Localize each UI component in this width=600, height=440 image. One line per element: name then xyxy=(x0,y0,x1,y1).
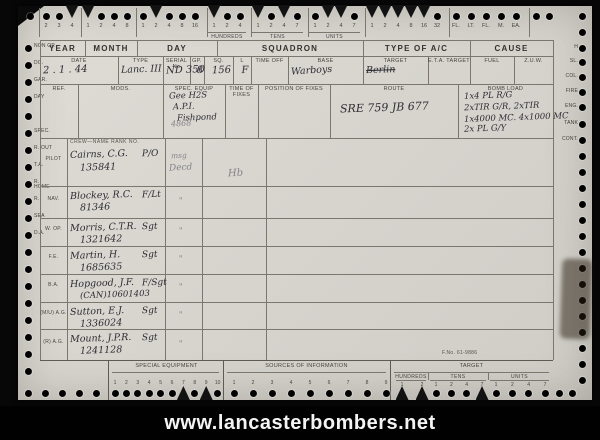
crew-rank: Sgt xyxy=(142,333,158,345)
punch-hole xyxy=(76,390,83,397)
form-number: F.No. 61-9886 xyxy=(442,350,477,356)
crew-number: 1241128 xyxy=(80,344,123,356)
punch-label: M. xyxy=(494,23,508,29)
punch-hole xyxy=(312,13,319,20)
grid-line xyxy=(227,372,386,373)
punch-label: 7 xyxy=(290,23,304,29)
punch-hole xyxy=(192,13,199,20)
crew-role: F.E. xyxy=(40,254,67,260)
punch-hole xyxy=(463,390,470,397)
tape-smudge xyxy=(560,259,593,340)
grid-line xyxy=(458,84,459,138)
header-cause: CAUSE xyxy=(470,44,553,53)
punch-label: 2 xyxy=(220,23,234,29)
punch-hole xyxy=(326,390,333,397)
punch-label: 1 xyxy=(81,23,95,29)
crew-name: Blockey, R.C. xyxy=(70,189,133,202)
punch-notch xyxy=(208,5,221,18)
pencil-note: 4868 xyxy=(171,118,192,128)
punch-label: 2 xyxy=(39,23,53,29)
punch-label: 4 xyxy=(277,23,291,29)
punch-label: 7 xyxy=(538,382,552,388)
punch-hole xyxy=(56,13,63,20)
field-label: POSITION OF FIXES xyxy=(258,86,330,92)
punch-hole xyxy=(364,390,371,397)
punch-label: 2 xyxy=(149,23,163,29)
grid-line xyxy=(529,8,530,37)
grid-line xyxy=(553,138,554,360)
grid-line xyxy=(330,84,331,138)
punch-hole xyxy=(237,13,244,20)
punch-label: 4 xyxy=(65,23,79,29)
punch-hole xyxy=(25,62,32,69)
pencil-note: " xyxy=(179,309,183,318)
punch-hole xyxy=(25,390,32,397)
grid-line xyxy=(40,360,553,361)
side-label-left: R. HOME xyxy=(34,180,56,190)
punch-hole xyxy=(269,390,276,397)
punch-hole xyxy=(546,13,553,20)
punch-hole xyxy=(533,13,540,20)
grid-line xyxy=(394,372,549,373)
field-label: L xyxy=(233,58,251,64)
punch-label: 4 xyxy=(460,382,474,388)
section-title-special-equipment: SPECIAL EQUIPMENT xyxy=(110,363,223,369)
grid-line xyxy=(490,380,549,381)
section-title-sources: SOURCES OF INFORMATION xyxy=(225,363,388,369)
punch-hole xyxy=(448,390,455,397)
punch-notch xyxy=(418,5,431,18)
raf-loss-record-card: 2341248124816124HUNDREDS1247TENS1247UNIT… xyxy=(18,6,592,400)
punch-label: 7 xyxy=(347,23,361,29)
punch-hole xyxy=(112,390,119,397)
field-label: GP. xyxy=(190,58,204,64)
punch-hole xyxy=(579,89,586,96)
field-label: SQ. xyxy=(204,58,233,64)
punch-hole xyxy=(25,130,32,137)
crew-rank: Sgt xyxy=(142,222,158,234)
punch-label: 1 xyxy=(227,380,241,386)
pencil-note: " xyxy=(179,226,183,235)
punch-label: FL. xyxy=(479,23,493,29)
punch-hole xyxy=(579,169,586,176)
crew-role: B.A. xyxy=(40,282,67,288)
field-value: 2x PL G/Y xyxy=(464,123,507,135)
punch-label: 4 xyxy=(522,382,536,388)
punch-hole xyxy=(123,390,130,397)
field-value: Lanc. III xyxy=(121,63,166,76)
grid-line xyxy=(40,84,553,85)
punch-label: 4 xyxy=(233,23,247,29)
punch-hole xyxy=(288,390,295,397)
pencil-note: Hb xyxy=(228,168,244,180)
punch-hole xyxy=(433,390,440,397)
field-label: REF. xyxy=(40,86,78,92)
grid-line xyxy=(488,372,489,380)
watermark-bar: www.lancasterbombers.net xyxy=(0,406,600,440)
punch-hole xyxy=(146,390,153,397)
punch-hole xyxy=(579,74,586,81)
punch-hole xyxy=(579,249,586,256)
punch-label: 1 xyxy=(429,382,443,388)
grid-line xyxy=(40,84,41,138)
punch-hole xyxy=(25,147,32,154)
crew-name: Mount, J.P.R. xyxy=(70,332,132,345)
punch-hole xyxy=(98,13,105,20)
header-day: DAY xyxy=(137,44,217,53)
punch-hole xyxy=(579,233,586,240)
punch-notch xyxy=(82,5,95,18)
punch-hole xyxy=(498,13,505,20)
side-label-right: COL. xyxy=(554,74,578,79)
punch-hole xyxy=(569,390,576,397)
punch-hole xyxy=(542,390,549,397)
grid-line xyxy=(40,274,553,275)
punch-hole xyxy=(513,13,520,20)
punch-label: 4 xyxy=(334,23,348,29)
punch-hole xyxy=(25,317,32,324)
grid-line xyxy=(202,138,203,360)
punch-hole xyxy=(25,300,32,307)
field-label: E.T.A. TARGET xyxy=(428,58,470,64)
grid-line xyxy=(266,138,267,360)
punch-hole xyxy=(579,104,586,111)
side-label-left: SPEC. xyxy=(34,129,56,134)
grid-line xyxy=(112,372,219,373)
punch-notch xyxy=(278,5,291,18)
punch-hole xyxy=(25,266,32,273)
punch-hole xyxy=(214,390,221,397)
grid-line xyxy=(309,32,360,33)
field-value: A.P.I. xyxy=(173,102,195,114)
grid-line xyxy=(40,186,553,187)
punch-hole xyxy=(111,13,118,20)
section-title-target: TARGET xyxy=(392,363,551,369)
punch-label: 1 xyxy=(489,382,503,388)
grid-line xyxy=(428,372,429,380)
punch-hole xyxy=(579,29,586,36)
punch-notch xyxy=(392,5,405,18)
punch-hole xyxy=(25,113,32,120)
side-label-right: CONT. xyxy=(554,137,578,142)
field-value: SRE 759 JB 677 xyxy=(340,100,429,114)
field-label: TIME OF FIXES xyxy=(225,86,258,98)
field-value: ND 350 xyxy=(166,65,193,77)
crew-name: Cairns, C.G. xyxy=(70,148,128,161)
punch-label: FL. xyxy=(449,23,463,29)
punch-hole xyxy=(25,351,32,358)
punch-label: EA. xyxy=(509,23,523,29)
punch-label: LT. xyxy=(464,23,478,29)
punch-hole xyxy=(509,390,516,397)
crew-rank: F/Lt xyxy=(142,190,161,202)
grid-line xyxy=(258,84,259,138)
punch-hole xyxy=(25,181,32,188)
punch-hole xyxy=(579,361,586,368)
punch-label: 1 xyxy=(136,23,150,29)
punch-notch xyxy=(200,386,213,400)
side-label-right: ENG. xyxy=(554,104,578,109)
side-label-right: SL. xyxy=(554,59,578,64)
punch-label: 2 xyxy=(264,23,278,29)
crew-number: (CAN)10601403 xyxy=(80,289,150,302)
crew-number: 135841 xyxy=(80,161,117,173)
punch-notch xyxy=(322,5,335,18)
crew-rank: Sgt xyxy=(142,306,158,318)
punch-label: 2 xyxy=(378,23,392,29)
punch-label: 1 xyxy=(308,23,322,29)
punch-notch xyxy=(476,386,489,400)
punch-label: 4 xyxy=(107,23,121,29)
punch-hole xyxy=(25,164,32,171)
punch-hole xyxy=(345,390,352,397)
punch-hole xyxy=(25,45,32,52)
punch-hole xyxy=(25,79,32,86)
punch-label: 4 xyxy=(284,380,298,386)
crew-name: Hopgood, J.F. xyxy=(70,277,134,290)
punch-notch xyxy=(177,386,190,400)
punch-notch xyxy=(405,5,418,18)
punch-hole xyxy=(42,390,49,397)
header-squadron: SQUADRON xyxy=(217,44,363,53)
punch-hole xyxy=(25,334,32,341)
punch-hole xyxy=(525,390,532,397)
punch-label: 2 xyxy=(321,23,335,29)
punch-hole xyxy=(169,390,176,397)
side-label-left: T.A. xyxy=(34,163,56,168)
grid-line xyxy=(40,302,553,303)
crew-name: Sutton, E.J. xyxy=(70,305,125,318)
punch-hole xyxy=(294,13,301,20)
punch-hole xyxy=(93,390,100,397)
punch-label: 8 xyxy=(175,23,189,29)
crew-rank: F/Sgt xyxy=(142,278,167,290)
punch-hole xyxy=(307,390,314,397)
punch-hole xyxy=(579,45,586,52)
punch-hole xyxy=(59,390,66,397)
punch-label: 3 xyxy=(52,23,66,29)
punch-hole xyxy=(579,345,586,352)
punch-hole xyxy=(579,153,586,160)
grid-line xyxy=(40,138,41,360)
punch-hole xyxy=(453,13,460,20)
field-label: TIME OFF xyxy=(251,58,288,64)
pencil-note: " xyxy=(179,196,183,205)
punch-label: 1 xyxy=(365,23,379,29)
punch-label: 2 xyxy=(246,380,260,386)
grid-line xyxy=(553,40,554,56)
punch-hole xyxy=(468,13,475,20)
punch-hole xyxy=(25,96,32,103)
punch-hole xyxy=(25,249,32,256)
field-label: MODS. xyxy=(78,86,163,92)
punch-hole xyxy=(224,13,231,20)
grid-line xyxy=(430,380,486,381)
punch-notch xyxy=(416,386,429,400)
punch-hole xyxy=(434,13,441,20)
punch-hole xyxy=(483,13,490,20)
punch-hole xyxy=(157,390,164,397)
punch-notch xyxy=(366,5,379,18)
punch-hole xyxy=(383,390,390,397)
crew-role: W. OP. xyxy=(40,226,67,232)
grid-line xyxy=(163,84,164,138)
field-value: Berlin xyxy=(366,63,431,76)
field-value: 8 xyxy=(193,65,207,76)
grid-line xyxy=(40,40,553,41)
punch-hole xyxy=(25,283,32,290)
header-type_of_ac: TYPE OF A/C xyxy=(363,44,470,53)
grid-line xyxy=(40,56,553,57)
crew-table-header: CREW—NAME RANK NO. xyxy=(70,139,139,145)
punch-label: 2 xyxy=(444,382,458,388)
side-label-left: GAR. xyxy=(34,78,56,83)
punch-notch xyxy=(396,386,409,400)
punch-notch xyxy=(66,5,79,18)
crew-rank: Sgt xyxy=(142,250,158,262)
punch-label: 1 xyxy=(207,23,221,29)
field-value: F xyxy=(236,65,254,77)
punch-label: 3 xyxy=(265,380,279,386)
punch-label: 1 xyxy=(251,23,265,29)
grid-line xyxy=(396,380,426,381)
grid-line xyxy=(78,84,79,138)
punch-hole xyxy=(43,13,50,20)
punch-hole xyxy=(191,390,198,397)
punch-label: 16 xyxy=(188,23,202,29)
punch-label: 2 xyxy=(94,23,108,29)
punch-hole xyxy=(250,390,257,397)
punch-hole xyxy=(25,232,32,239)
punch-label: 8 xyxy=(360,380,374,386)
crew-number: 1336024 xyxy=(80,317,123,329)
punch-label: 4 xyxy=(162,23,176,29)
punch-hole xyxy=(556,390,563,397)
crew-rank: P/O xyxy=(142,149,159,161)
scanned-record-card-photo: 2341248124816124HUNDREDS1247TENS1247UNIT… xyxy=(0,0,600,440)
side-label-left: R. OUT xyxy=(34,146,56,151)
punch-label: 10 xyxy=(211,380,225,386)
grid-line xyxy=(208,32,246,33)
punch-hole xyxy=(579,13,586,20)
side-label-left: DAY xyxy=(34,95,56,100)
punch-hole xyxy=(579,201,586,208)
grid-line xyxy=(252,32,303,33)
punch-hole xyxy=(25,215,32,222)
punch-notch xyxy=(252,5,265,18)
punch-hole xyxy=(579,137,586,144)
punch-label: 7 xyxy=(341,380,355,386)
punch-hole xyxy=(134,390,141,397)
punch-label: 4 xyxy=(391,23,405,29)
field-value: 156 xyxy=(207,64,236,76)
crew-role: (R) A.G. xyxy=(40,339,67,345)
punch-hole xyxy=(493,390,500,397)
header-year: YEAR xyxy=(40,44,85,53)
side-label-right: H xyxy=(554,45,578,50)
grid-line xyxy=(553,56,554,84)
punch-hole xyxy=(27,13,34,20)
crew-role: NAV. xyxy=(40,196,67,202)
crew-role: (M/U) A.G. xyxy=(40,310,67,316)
punch-notch xyxy=(335,5,348,18)
grid-line xyxy=(40,218,553,219)
punch-label: 8 xyxy=(404,23,418,29)
grid-line xyxy=(40,246,553,247)
punch-label: 9 xyxy=(379,380,393,386)
field-label: ROUTE xyxy=(330,86,458,92)
side-label-right: FIRE xyxy=(554,89,578,94)
punch-hole xyxy=(231,390,238,397)
punch-hole xyxy=(179,13,186,20)
grid-line xyxy=(40,329,553,330)
punch-label: 2 xyxy=(505,382,519,388)
punch-label: 6 xyxy=(322,380,336,386)
pencil-note: " xyxy=(179,282,183,291)
punch-label: 32 xyxy=(430,23,444,29)
punch-hole xyxy=(579,217,586,224)
crew-name: Martin, H. xyxy=(70,249,121,262)
pencil-note-faint: msg xyxy=(171,151,187,161)
punch-hole xyxy=(25,368,32,375)
punch-hole xyxy=(25,198,32,205)
punch-label: 16 xyxy=(417,23,431,29)
punch-notch xyxy=(379,5,392,18)
punch-label: 8 xyxy=(120,23,134,29)
crew-number: 1321642 xyxy=(80,233,123,245)
punch-hole xyxy=(579,121,586,128)
punch-hole xyxy=(140,13,147,20)
watermark-text: www.lancasterbombers.net xyxy=(164,412,435,435)
grid-line xyxy=(165,138,166,360)
punch-hole xyxy=(579,185,586,192)
field-label: FUEL xyxy=(470,58,514,64)
punch-hole xyxy=(579,59,586,66)
punch-label: 5 xyxy=(303,380,317,386)
crew-number: 81346 xyxy=(80,201,111,213)
punch-hole xyxy=(579,377,586,384)
field-label: Z.U.W. xyxy=(514,58,553,64)
crew-number: 1685635 xyxy=(80,261,123,273)
punch-hole xyxy=(124,13,131,20)
field-value: 2 . 1 . 44 xyxy=(43,63,121,77)
crew-role: PILOT xyxy=(40,156,67,162)
punch-hole xyxy=(268,13,275,20)
pencil-note: Decd xyxy=(169,162,193,173)
punch-hole xyxy=(351,13,358,20)
pencil-note: " xyxy=(179,338,183,347)
punch-hole xyxy=(166,13,173,20)
header-month: MONTH xyxy=(85,44,137,53)
crew-name: Morris, C.T.R. xyxy=(70,221,137,234)
pencil-note: " xyxy=(179,254,183,263)
grid-line xyxy=(67,138,68,360)
punch-notch xyxy=(150,5,163,18)
